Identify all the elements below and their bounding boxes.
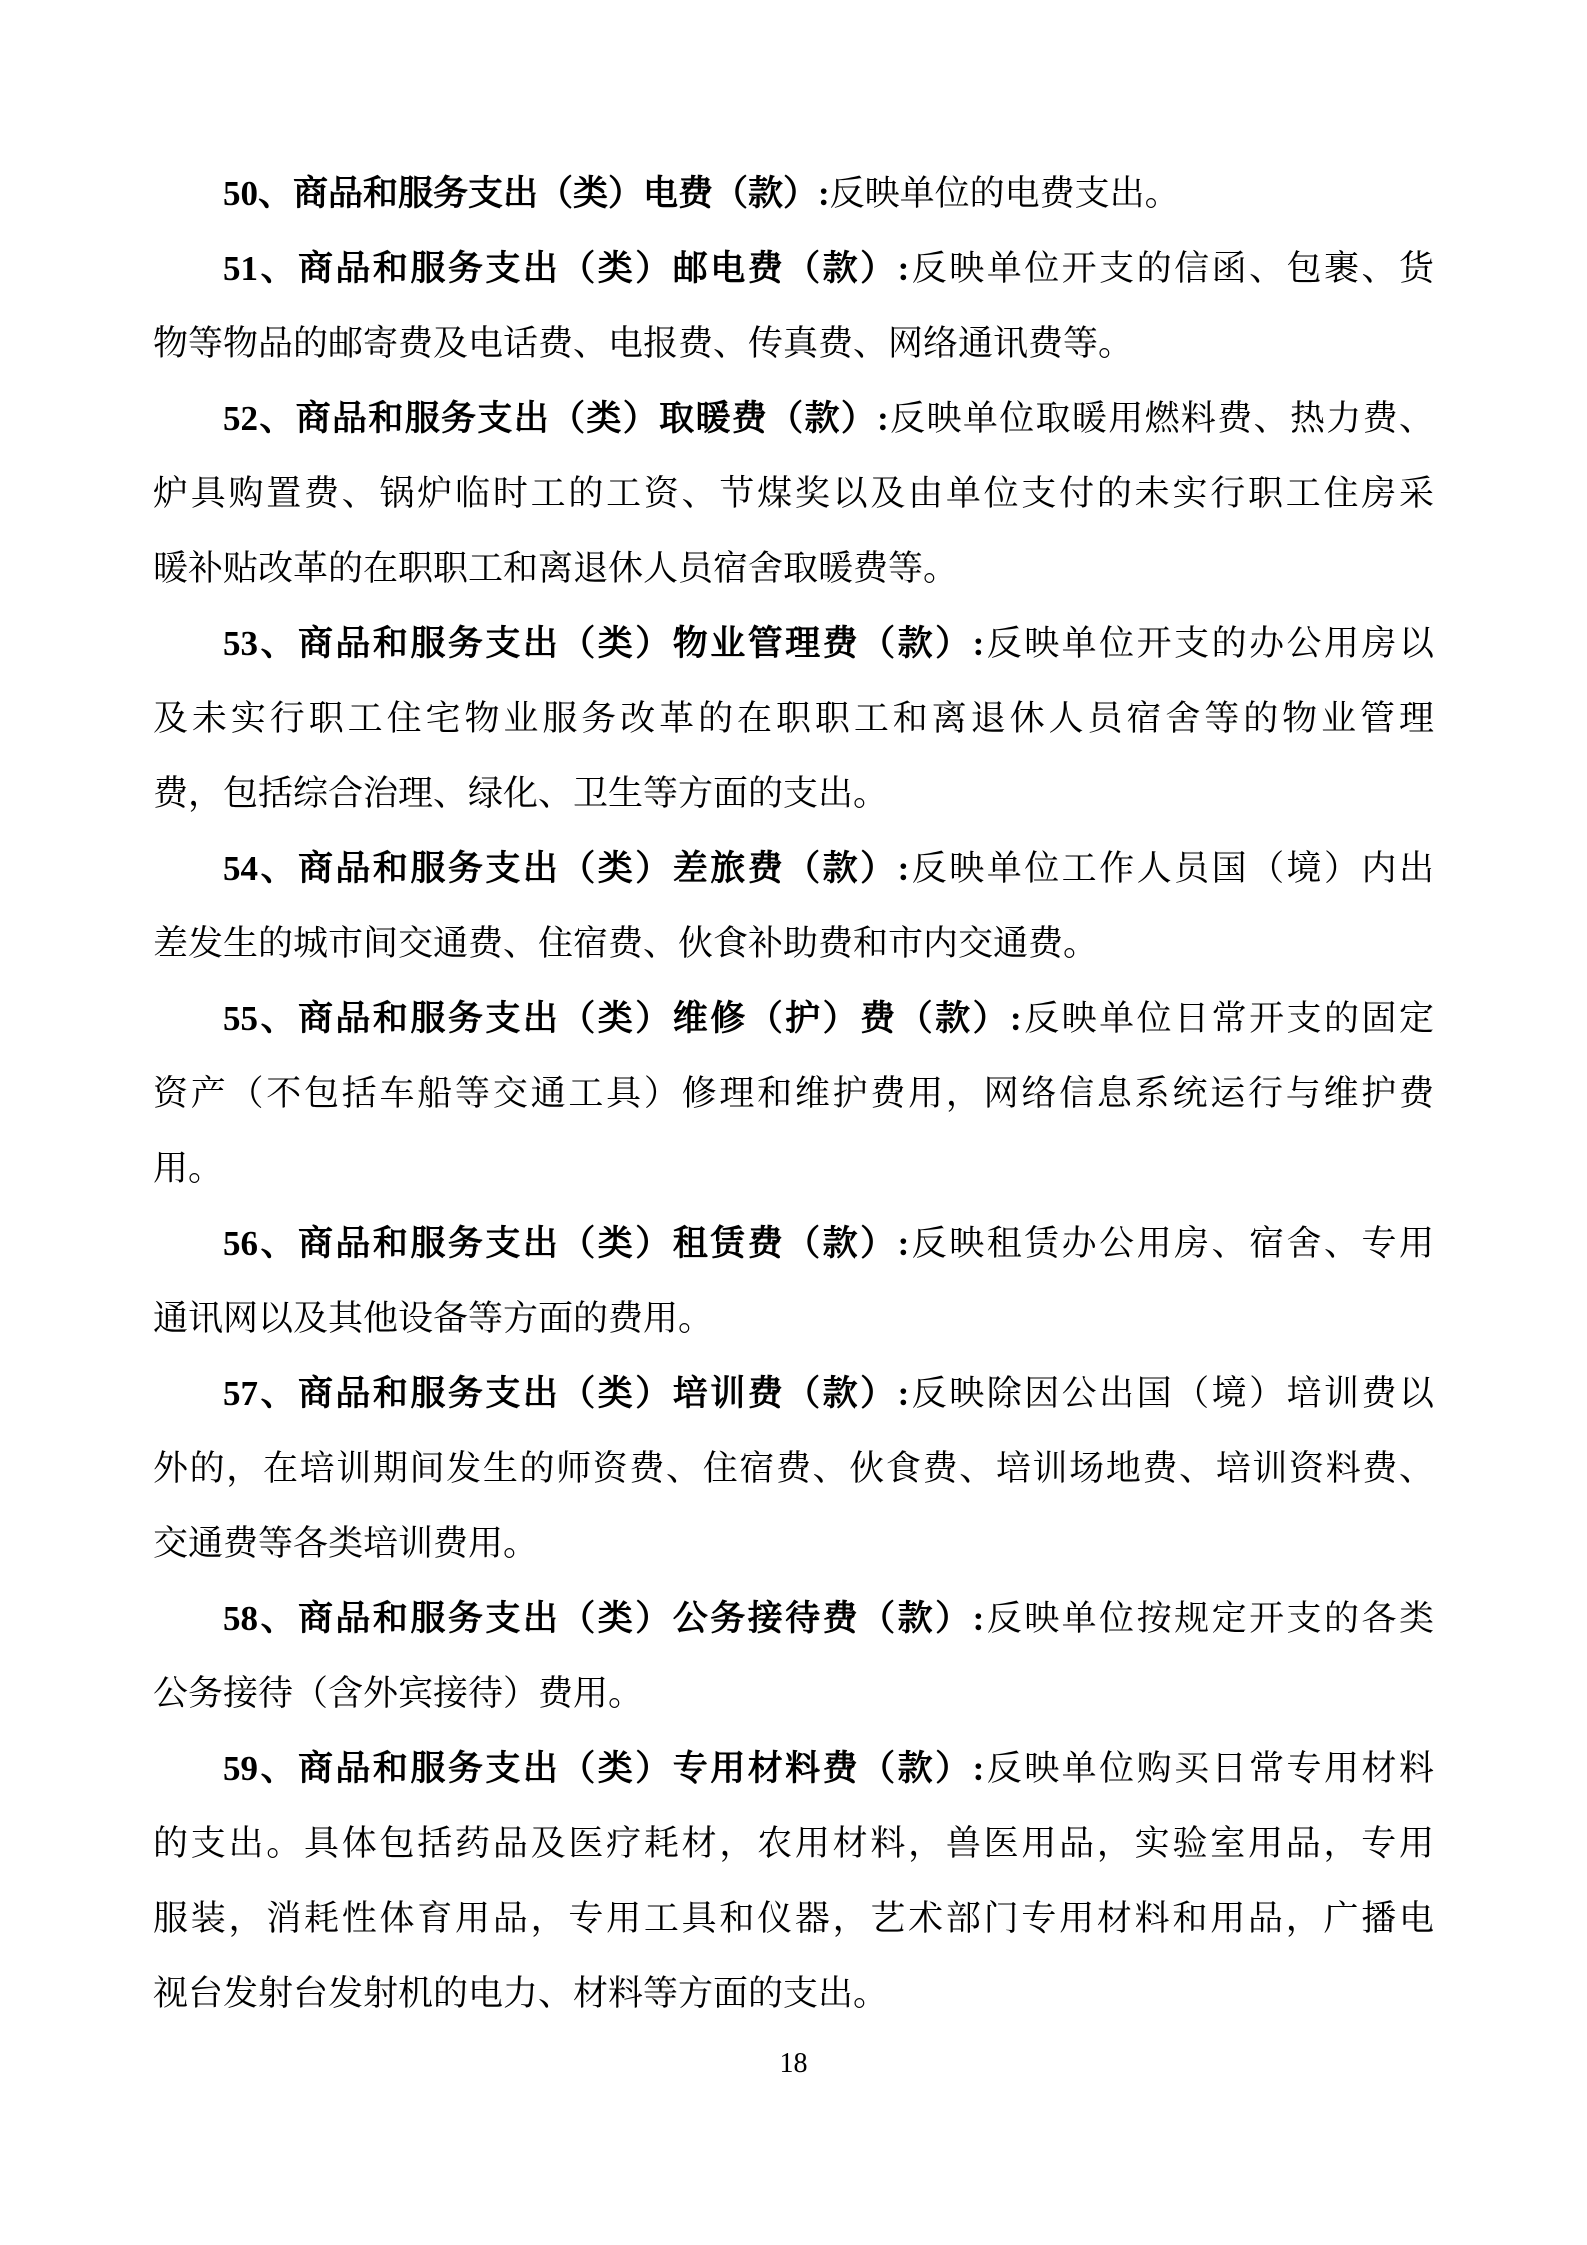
item-heading: 58、商品和服务支出（类）公务接待费（款）: — [223, 1599, 984, 1638]
document-page: 50、商品和服务支出（类）电费（款）:反映单位的电费支出。 51、商品和服务支出… — [0, 0, 1587, 2245]
item-heading: 54、商品和服务支出（类）差旅费（款）: — [223, 849, 909, 888]
text-line: 炉具购置费、锅炉临时工的工资、节煤奖以及由单位支付的未实行职工住房采 — [153, 456, 1434, 531]
text-line: 55、商品和服务支出（类）维修（护）费（款）:反映单位日常开支的固定 — [153, 981, 1434, 1056]
text-line: 及未实行职工住宅物业服务改革的在职职工和离退休人员宿舍等的物业管理 — [153, 681, 1434, 756]
item-body-text: 反映单位日常开支的固定 — [1022, 999, 1434, 1038]
paragraph-item-58: 58、商品和服务支出（类）公务接待费（款）:反映单位按规定开支的各类 公务接待（… — [153, 1581, 1434, 1731]
item-body-text: 反映单位的电费支出。 — [830, 174, 1180, 213]
paragraph-item-54: 54、商品和服务支出（类）差旅费（款）:反映单位工作人员国（境）内出 差发生的城… — [153, 831, 1434, 981]
text-line: 视台发射台发射机的电力、材料等方面的支出。 — [153, 1956, 1434, 2031]
item-heading: 55、商品和服务支出（类）维修（护）费（款）: — [223, 999, 1022, 1038]
text-line: 差发生的城市间交通费、住宿费、伙食补助费和市内交通费。 — [153, 906, 1434, 981]
text-line: 54、商品和服务支出（类）差旅费（款）:反映单位工作人员国（境）内出 — [153, 831, 1434, 906]
text-line: 暖补贴改革的在职职工和离退休人员宿舍取暖费等。 — [153, 531, 1434, 606]
item-heading: 51、商品和服务支出（类）邮电费（款）: — [223, 249, 909, 288]
item-heading: 50、商品和服务支出（类）电费（款）: — [223, 174, 830, 213]
paragraph-item-56: 56、商品和服务支出（类）租赁费（款）:反映租赁办公用房、宿舍、专用 通讯网以及… — [153, 1206, 1434, 1356]
item-body-text: 反映单位购买日常专用材料 — [984, 1749, 1434, 1788]
text-line: 通讯网以及其他设备等方面的费用。 — [153, 1281, 1434, 1356]
text-line: 资产（不包括车船等交通工具）修理和维护费用，网络信息系统运行与维护费 — [153, 1056, 1434, 1131]
page-number: 18 — [0, 2046, 1587, 2082]
text-line: 56、商品和服务支出（类）租赁费（款）:反映租赁办公用房、宿舍、专用 — [153, 1206, 1434, 1281]
item-body-text: 反映单位开支的办公用房以 — [984, 624, 1434, 663]
document-text-block: 50、商品和服务支出（类）电费（款）:反映单位的电费支出。 51、商品和服务支出… — [153, 156, 1434, 2031]
item-body-text: 反映单位开支的信函、包裹、货 — [909, 249, 1434, 288]
text-line: 服装，消耗性体育用品，专用工具和仪器，艺术部门专用材料和用品，广播电 — [153, 1881, 1434, 1956]
text-line: 外的，在培训期间发生的师资费、住宿费、伙食费、培训场地费、培训资料费、 — [153, 1431, 1434, 1506]
paragraph-item-53: 53、商品和服务支出（类）物业管理费（款）:反映单位开支的办公用房以 及未实行职… — [153, 606, 1434, 831]
item-body-text: 反映单位工作人员国（境）内出 — [909, 849, 1434, 888]
paragraph-item-57: 57、商品和服务支出（类）培训费（款）:反映除因公出国（境）培训费以 外的，在培… — [153, 1356, 1434, 1581]
text-line: 费，包括综合治理、绿化、卫生等方面的支出。 — [153, 756, 1434, 831]
text-line: 59、商品和服务支出（类）专用材料费（款）:反映单位购买日常专用材料 — [153, 1731, 1434, 1806]
text-line: 53、商品和服务支出（类）物业管理费（款）:反映单位开支的办公用房以 — [153, 606, 1434, 681]
text-line: 公务接待（含外宾接待）费用。 — [153, 1656, 1434, 1731]
item-heading: 57、商品和服务支出（类）培训费（款）: — [223, 1374, 909, 1413]
text-line: 57、商品和服务支出（类）培训费（款）:反映除因公出国（境）培训费以 — [153, 1356, 1434, 1431]
paragraph-item-59: 59、商品和服务支出（类）专用材料费（款）:反映单位购买日常专用材料 的支出。具… — [153, 1731, 1434, 2031]
paragraph-item-55: 55、商品和服务支出（类）维修（护）费（款）:反映单位日常开支的固定 资产（不包… — [153, 981, 1434, 1206]
item-heading: 52、商品和服务支出（类）取暖费（款）: — [223, 399, 889, 438]
text-line: 的支出。具体包括药品及医疗耗材，农用材料，兽医用品，实验室用品，专用 — [153, 1806, 1434, 1881]
item-heading: 53、商品和服务支出（类）物业管理费（款）: — [223, 624, 984, 663]
item-body-text: 反映单位取暖用燃料费、热力费、 — [889, 399, 1434, 438]
paragraph-item-52: 52、商品和服务支出（类）取暖费（款）:反映单位取暖用燃料费、热力费、 炉具购置… — [153, 381, 1434, 606]
item-heading: 59、商品和服务支出（类）专用材料费（款）: — [223, 1749, 984, 1788]
text-line: 50、商品和服务支出（类）电费（款）:反映单位的电费支出。 — [153, 156, 1434, 231]
item-heading: 56、商品和服务支出（类）租赁费（款）: — [223, 1224, 909, 1263]
text-line: 物等物品的邮寄费及电话费、电报费、传真费、网络通讯费等。 — [153, 306, 1434, 381]
text-line: 用。 — [153, 1131, 1434, 1206]
text-line: 58、商品和服务支出（类）公务接待费（款）:反映单位按规定开支的各类 — [153, 1581, 1434, 1656]
text-line: 交通费等各类培训费用。 — [153, 1506, 1434, 1581]
paragraph-item-51: 51、商品和服务支出（类）邮电费（款）:反映单位开支的信函、包裹、货 物等物品的… — [153, 231, 1434, 381]
text-line: 52、商品和服务支出（类）取暖费（款）:反映单位取暖用燃料费、热力费、 — [153, 381, 1434, 456]
text-line: 51、商品和服务支出（类）邮电费（款）:反映单位开支的信函、包裹、货 — [153, 231, 1434, 306]
item-body-text: 反映租赁办公用房、宿舍、专用 — [909, 1224, 1434, 1263]
item-body-text: 反映单位按规定开支的各类 — [984, 1599, 1434, 1638]
item-body-text: 反映除因公出国（境）培训费以 — [909, 1374, 1434, 1413]
paragraph-item-50: 50、商品和服务支出（类）电费（款）:反映单位的电费支出。 — [153, 156, 1434, 231]
